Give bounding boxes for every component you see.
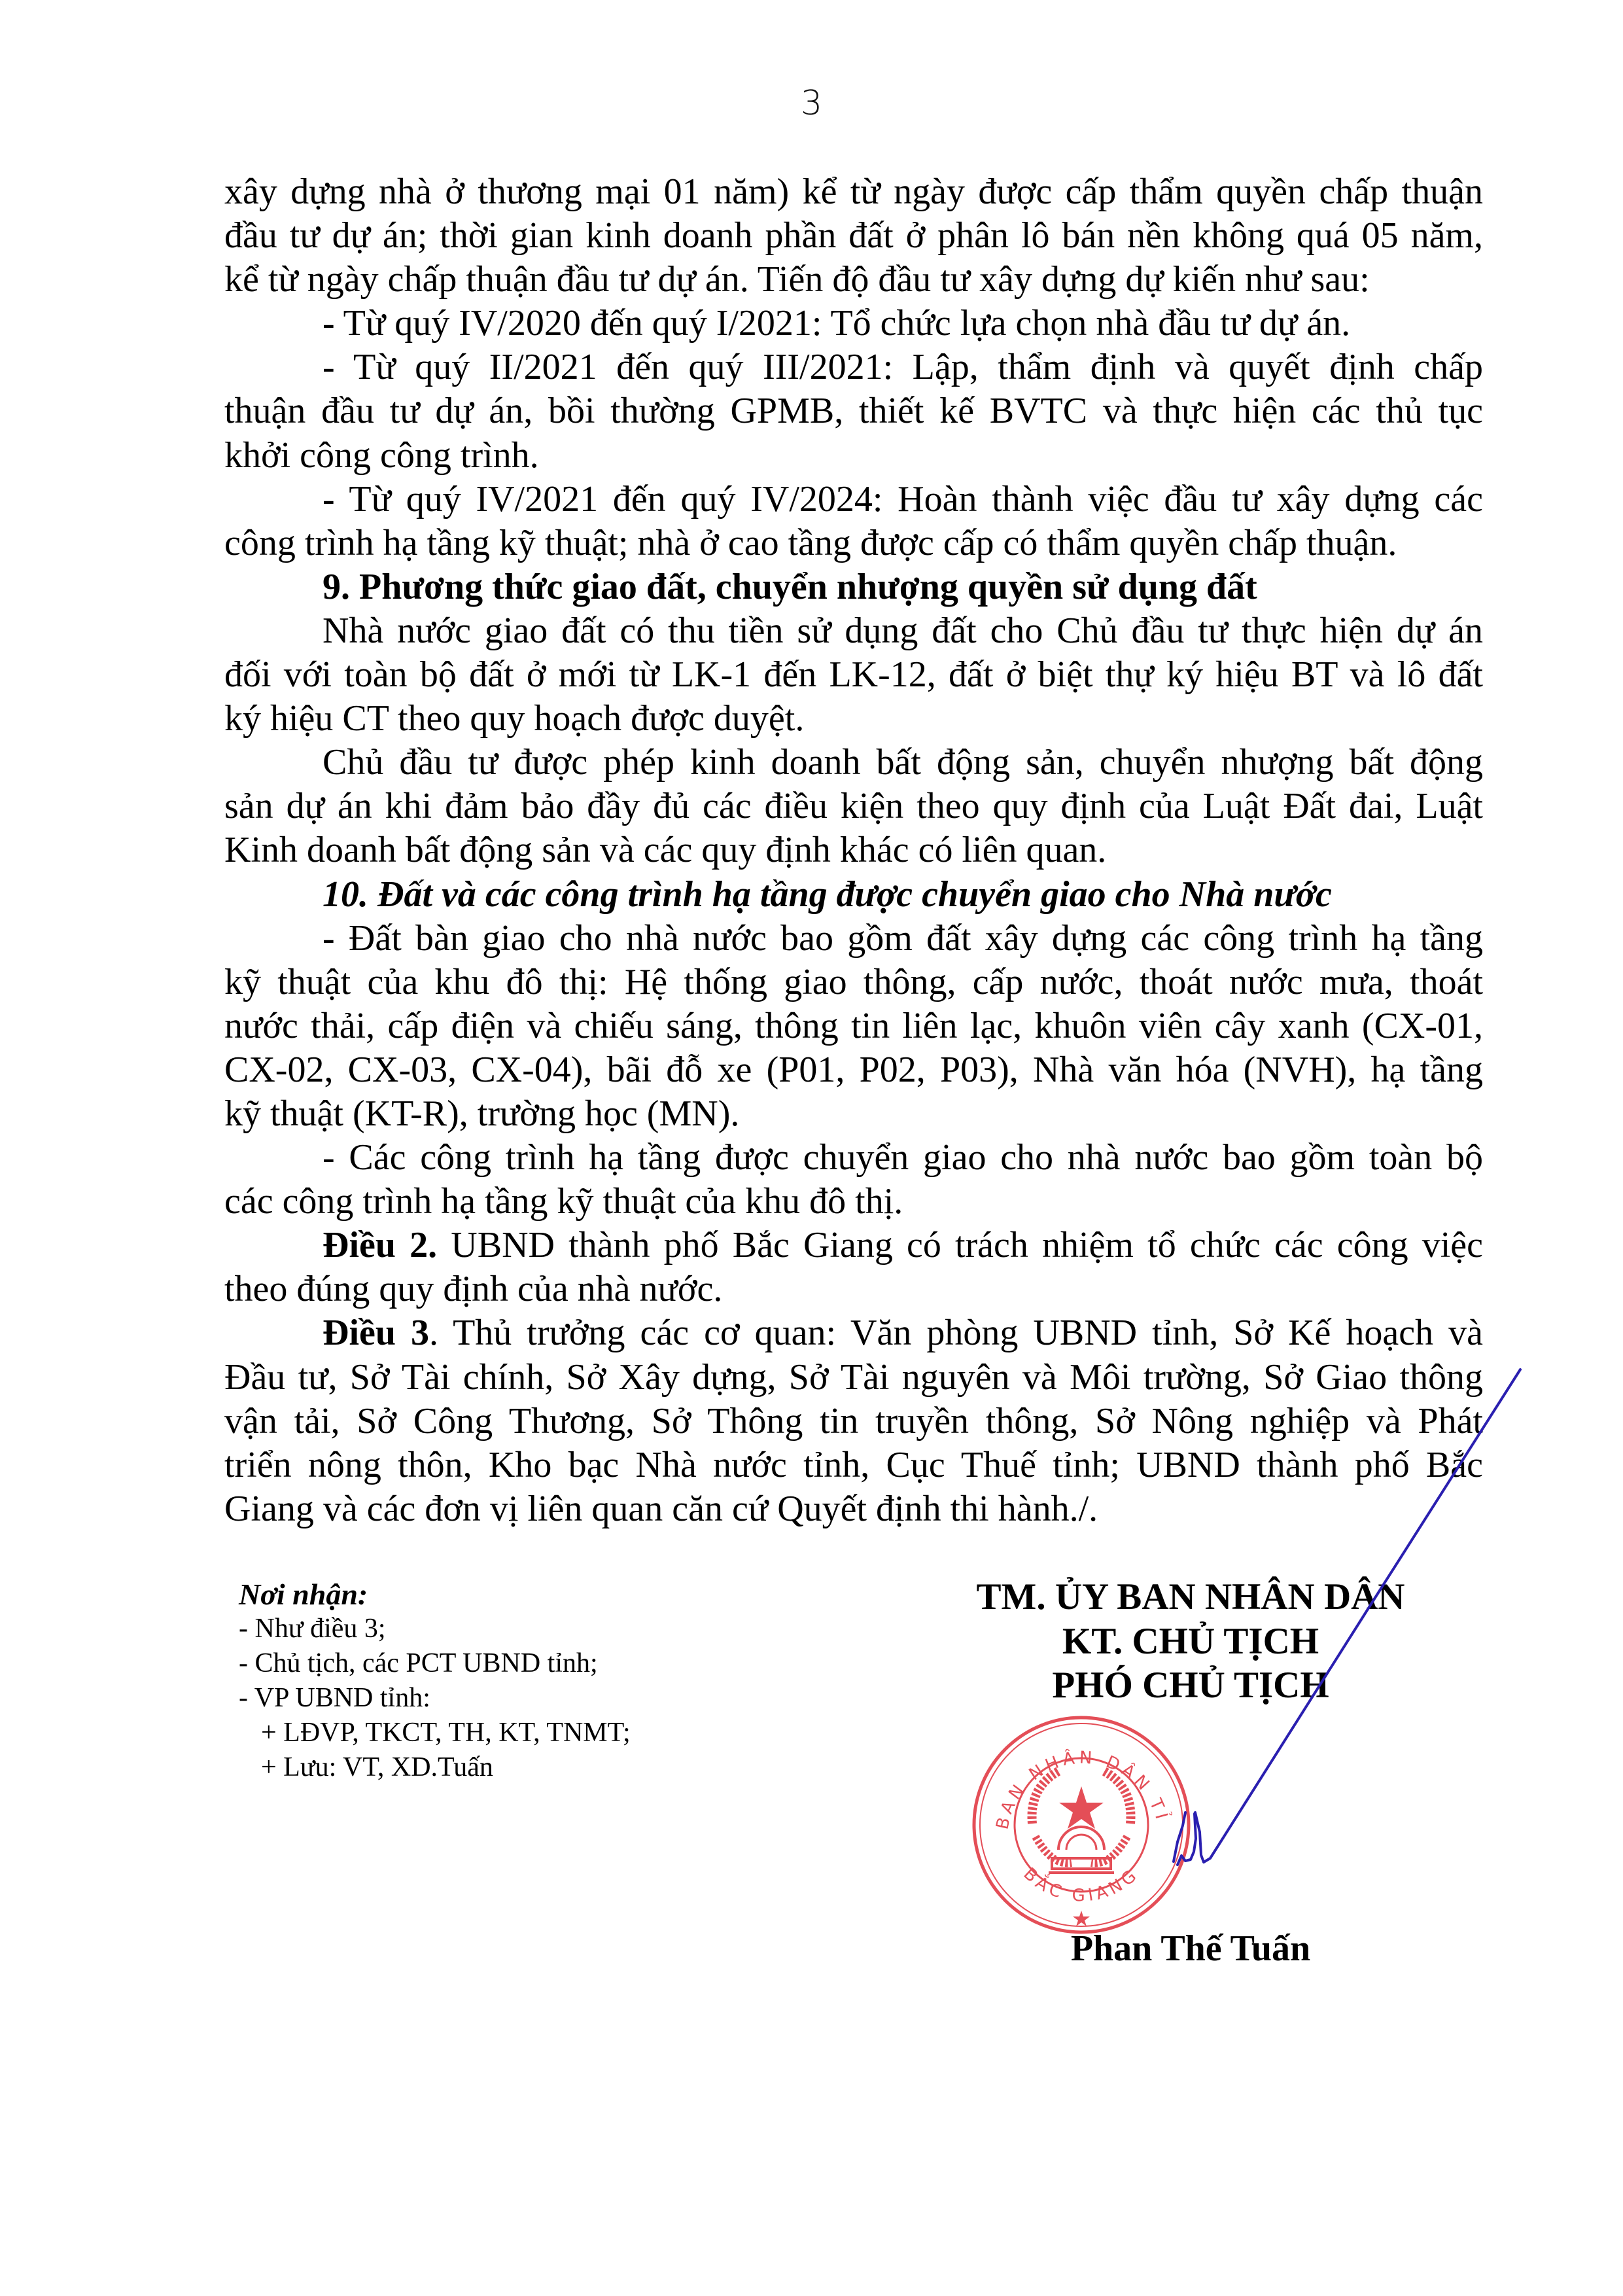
paragraph-line: Chủ đầu tư được phép kinh doanh bất động…	[224, 741, 1483, 785]
paragraph-line: kỹ thuật (KT-R), trường học (MN).	[224, 1092, 1483, 1136]
svg-text:ỦY BAN NHÂN DÂN TỈNH: ỦY BAN NHÂN DÂN TỈNH	[967, 1709, 1174, 1831]
paragraph-line: ký hiệu CT theo quy hoạch được duyệt.	[224, 697, 1483, 741]
paragraph-line: đầu tư dự án; thời gian kinh doanh phần …	[224, 214, 1483, 258]
paragraph-line: - Từ quý IV/2020 đến quý I/2021: Tổ chức…	[224, 302, 1483, 345]
recipient-item: + Lưu: VT, XD.Tuấn	[239, 1750, 631, 1785]
svg-text:BẮC GIANG: BẮC GIANG	[1020, 1864, 1143, 1906]
paragraph-line: kỹ thuật của khu đô thị: Hệ thống giao t…	[224, 961, 1483, 1004]
recipients-block: Nơi nhận: - Như điều 3;- Chủ tịch, các P…	[239, 1577, 631, 1785]
paragraph-line: - Đất bàn giao cho nhà nước bao gồm đất …	[224, 917, 1483, 961]
paragraph-line: xây dựng nhà ở thương mại 01 năm) kể từ …	[224, 170, 1483, 214]
recipient-item: - Như điều 3;	[239, 1612, 631, 1646]
document-body: xây dựng nhà ở thương mại 01 năm) kể từ …	[224, 170, 1483, 1531]
paragraph-line: khởi công công trình.	[224, 434, 1483, 478]
recipient-item: + LĐVP, TKCT, TH, KT, TNMT;	[239, 1716, 631, 1750]
signature-block: TM. ỦY BAN NHÂN DÂN KT. CHỦ TỊCH PHÓ CHỦ…	[929, 1575, 1452, 1708]
article-label: Điều 3	[323, 1313, 429, 1353]
paragraph-line: kể từ ngày chấp thuận đầu tư dự án. Tiến…	[224, 258, 1483, 302]
paragraph-line: Kinh doanh bất động sản và các quy định …	[224, 828, 1483, 872]
paragraph-line: Điều 2. UBND thành phố Bắc Giang có trác…	[224, 1224, 1483, 1267]
paragraph-line: vận tải, Sở Công Thương, Sở Thông tin tr…	[224, 1400, 1483, 1443]
paragraph-line: Giang và các đơn vị liên quan căn cứ Quy…	[224, 1487, 1483, 1531]
paragraph-line: Điều 3. Thủ trưởng các cơ quan: Văn phòn…	[224, 1311, 1483, 1355]
signer-title-line: PHÓ CHỦ TỊCH	[929, 1663, 1452, 1708]
section-heading: 9. Phương thức giao đất, chuyển nhượng q…	[224, 565, 1483, 609]
signer-name: Phan Thế Tuấn	[929, 1927, 1452, 1971]
paragraph-line: thuận đầu tư dự án, bồi thường GPMB, thi…	[224, 389, 1483, 433]
signer-authority-line: TM. ỦY BAN NHÂN DÂN	[929, 1575, 1452, 1619]
paragraph-line: - Từ quý IV/2021 đến quý IV/2024: Hoàn t…	[224, 478, 1483, 521]
paragraph-line: nước thải, cấp điện và chiếu sáng, thông…	[224, 1004, 1483, 1048]
article-text: . Thủ trưởng các cơ quan: Văn phòng UBND…	[429, 1313, 1483, 1353]
recipient-item: - Chủ tịch, các PCT UBND tỉnh;	[239, 1646, 631, 1681]
paragraph-line: - Từ quý II/2021 đến quý III/2021: Lập, …	[224, 345, 1483, 389]
paragraph-line: CX-02, CX-03, CX-04), bãi đỗ xe (P01, P0…	[224, 1048, 1483, 1092]
paragraph-line: Đầu tư, Sở Tài chính, Sở Xây dựng, Sở Tà…	[224, 1356, 1483, 1400]
paragraph-line: - Các công trình hạ tầng được chuyển gia…	[224, 1136, 1483, 1180]
paragraph-line: sản dự án khi đảm bảo đầy đủ các điều ki…	[224, 785, 1483, 828]
page-number: 3	[0, 84, 1623, 123]
paragraph-line: đối với toàn bộ đất ở mới từ LK-1 đến LK…	[224, 653, 1483, 697]
paragraph-line: theo đúng quy định của nhà nước.	[224, 1267, 1483, 1311]
section-heading: 10. Đất và các công trình hạ tầng được c…	[224, 873, 1483, 917]
article-label: Điều 2.	[323, 1225, 437, 1265]
signer-capacity-line: KT. CHỦ TỊCH	[929, 1619, 1452, 1664]
paragraph-line: các công trình hạ tầng kỹ thuật của khu …	[224, 1180, 1483, 1224]
paragraph-line: triển nông thôn, Kho bạc Nhà nước tỉnh, …	[224, 1443, 1483, 1487]
official-red-seal-icon: ỦY BAN NHÂN DÂN TỈNH BẮC GIANG	[967, 1709, 1196, 1938]
recipients-heading: Nơi nhận:	[239, 1577, 631, 1612]
paragraph-line: Nhà nước giao đất có thu tiền sử dụng đấ…	[224, 609, 1483, 653]
recipient-item: - VP UBND tỉnh:	[239, 1681, 631, 1716]
article-text: UBND thành phố Bắc Giang có trách nhiệm …	[437, 1225, 1483, 1265]
paragraph-line: công trình hạ tầng kỹ thuật; nhà ở cao t…	[224, 521, 1483, 565]
recipients-list: - Như điều 3;- Chủ tịch, các PCT UBND tỉ…	[239, 1612, 631, 1785]
